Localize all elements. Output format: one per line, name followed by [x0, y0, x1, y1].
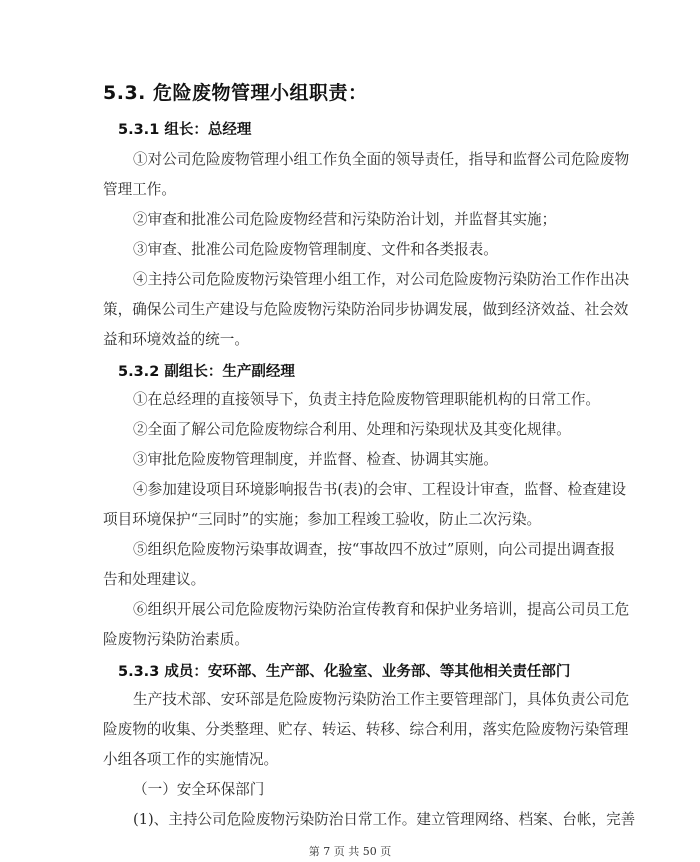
section-title: 5.3. 危险废物管理小组职责： [103, 78, 368, 105]
paragraph-line: ⑤组织危险废物污染事故调查，按“事故四不放过”原则，向公司提出调查报 [133, 540, 603, 560]
subsection-heading-members: 5.3.3 成员：安环部、生产部、化验室、业务部、等其他相关责任部门 [118, 660, 570, 681]
subsection-heading-leader: 5.3.1 组长：总经理 [118, 118, 251, 139]
paragraph-line: 告和处理建议。 [103, 570, 603, 590]
paragraph-line: ④参加建设项目环境影响报告书(表)的会审、工程设计审查，监督、检查建设 [133, 480, 603, 500]
paragraph-line: 管理工作。 [103, 180, 603, 200]
paragraph-line: 益和环境效益的统一。 [103, 330, 603, 350]
paragraph-line: ①对公司危险废物管理小组工作负全面的领导责任，指导和监督公司危险废物 [133, 150, 603, 170]
paragraph-line: 险废物污染防治素质。 [103, 630, 603, 650]
paragraph-line: ②审查和批准公司危险废物经营和污染防治计划，并监督其实施； [133, 210, 603, 230]
paragraph-line: 小组各项工作的实施情况。 [103, 750, 603, 770]
page-number: 第 7 页 共 50 页 [0, 843, 700, 859]
paragraph-line: ①在总经理的直接领导下，负责主持危险废物管理职能机构的日常工作。 [133, 390, 603, 410]
paragraph-line: (1)、主持公司危险废物污染防治日常工作。建立管理网络、档案、台帐，完善 [133, 810, 603, 830]
paragraph-line: 策，确保公司生产建设与危险废物污染防治同步协调发展，做到经济效益、社会效 [103, 300, 603, 320]
subsection-heading-deputy: 5.3.2 副组长：生产副经理 [118, 360, 295, 381]
paragraph-line: ③审查、批准公司危险废物管理制度、文件和各类报表。 [133, 240, 603, 260]
document-page: 5.3. 危险废物管理小组职责： 5.3.1 组长：总经理 ①对公司危险废物管理… [0, 0, 700, 862]
paragraph-line: 险废物的收集、分类整理、贮存、转运、转移、综合利用，落实危险废物污染管理 [103, 720, 603, 740]
paragraph-line: ②全面了解公司危险废物综合利用、处理和污染现状及其变化规律。 [133, 420, 603, 440]
paragraph-line: （一）安全环保部门 [133, 780, 603, 800]
paragraph-line: ④主持公司危险废物污染管理小组工作，对公司危险废物污染防治工作作出决 [133, 270, 603, 290]
paragraph-line: 项目环境保护“三同时”的实施；参加工程竣工验收，防止二次污染。 [103, 510, 603, 530]
paragraph-line: 生产技术部、安环部是危险废物污染防治工作主要管理部门，具体负责公司危 [133, 690, 603, 710]
paragraph-line: ③审批危险废物管理制度，并监督、检查、协调其实施。 [133, 450, 603, 470]
paragraph-line: ⑥组织开展公司危险废物污染防治宣传教育和保护业务培训，提高公司员工危 [133, 600, 603, 620]
